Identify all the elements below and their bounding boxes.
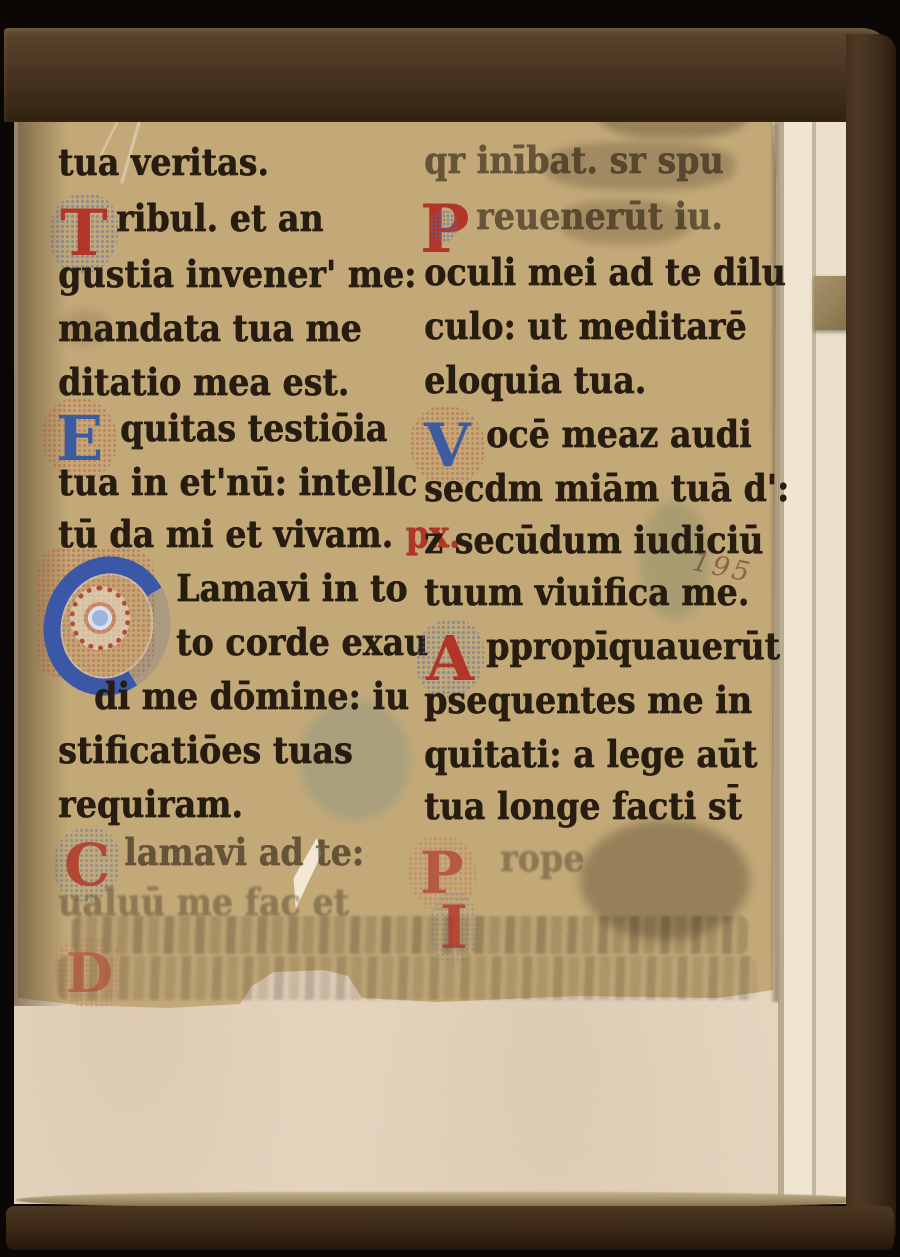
- initial-medallion: [70, 586, 130, 650]
- text-line-left-4: gustia invener' me:: [58, 256, 416, 293]
- text-line-left-15: lamavi ad te:: [124, 834, 364, 871]
- leather-binding-top: [4, 28, 892, 122]
- text-line-right-3: reuenerūt iu.: [476, 198, 723, 235]
- text-line-left-2: tua veritas.: [58, 144, 269, 181]
- text-line-right-10: tuum viuifica me.: [424, 574, 749, 611]
- illuminated-initial-D: D: [54, 938, 125, 1008]
- text-line-left-16: ualuū me fac et: [58, 884, 349, 921]
- page-stack-edge-line: [816, 108, 848, 1198]
- text-line-right-2: qr inībat. sr spu: [424, 142, 723, 179]
- text-line-left-11: to corde exau: [176, 624, 428, 661]
- text-line-left-6: ditatio mea est.: [58, 364, 349, 401]
- text-line-left-5: mandata tua me: [58, 310, 362, 347]
- text-line-right-5: culo: ut meditarē: [424, 308, 746, 345]
- text-line-right-12: psequentes me in: [424, 682, 752, 719]
- illuminated-initial-I: I: [430, 892, 478, 964]
- text-line-right-6: eloquia tua.: [424, 362, 646, 399]
- illuminated-initial-C: [36, 548, 154, 678]
- manuscript-photo: { "annotations": { "folio_number": "195"…: [0, 0, 900, 1257]
- parchment-right-edge: [770, 90, 778, 1002]
- showthrough-band: [58, 956, 756, 1000]
- text-line-left-8: tua in et'nū: intellc: [58, 464, 417, 501]
- text-line-right-8: secdm miām tuā d':: [424, 470, 789, 507]
- text-line-left-12: di me dōmine: iu: [94, 678, 409, 715]
- leather-binding-right: [846, 34, 896, 1242]
- text-line-right-7: ocē meaz audi: [486, 416, 752, 453]
- text-line-right-4: oculi mei ad te dilu: [424, 254, 786, 291]
- text-line-left-14: requiram.: [58, 786, 243, 823]
- text-line-right-15: rope: [500, 840, 584, 877]
- fore-edge-tab: [814, 276, 848, 330]
- text-line-right-14: tua longe facti st̄: [424, 788, 742, 825]
- text-line-right-11: ppropīquauerūt: [486, 628, 780, 665]
- text-line-right-13: quitati: a lege aūt: [424, 736, 757, 773]
- text-line-left-7: quitas testiōia: [120, 410, 387, 447]
- text-line-left-3: ribul. et an: [116, 200, 323, 237]
- text-line-left-10: Lamavi in to: [176, 570, 407, 607]
- text-line-left-13: stificatiōes tuas: [58, 732, 353, 769]
- leather-binding-bottom: [6, 1206, 894, 1250]
- page-stack-edge-line: [784, 106, 812, 1198]
